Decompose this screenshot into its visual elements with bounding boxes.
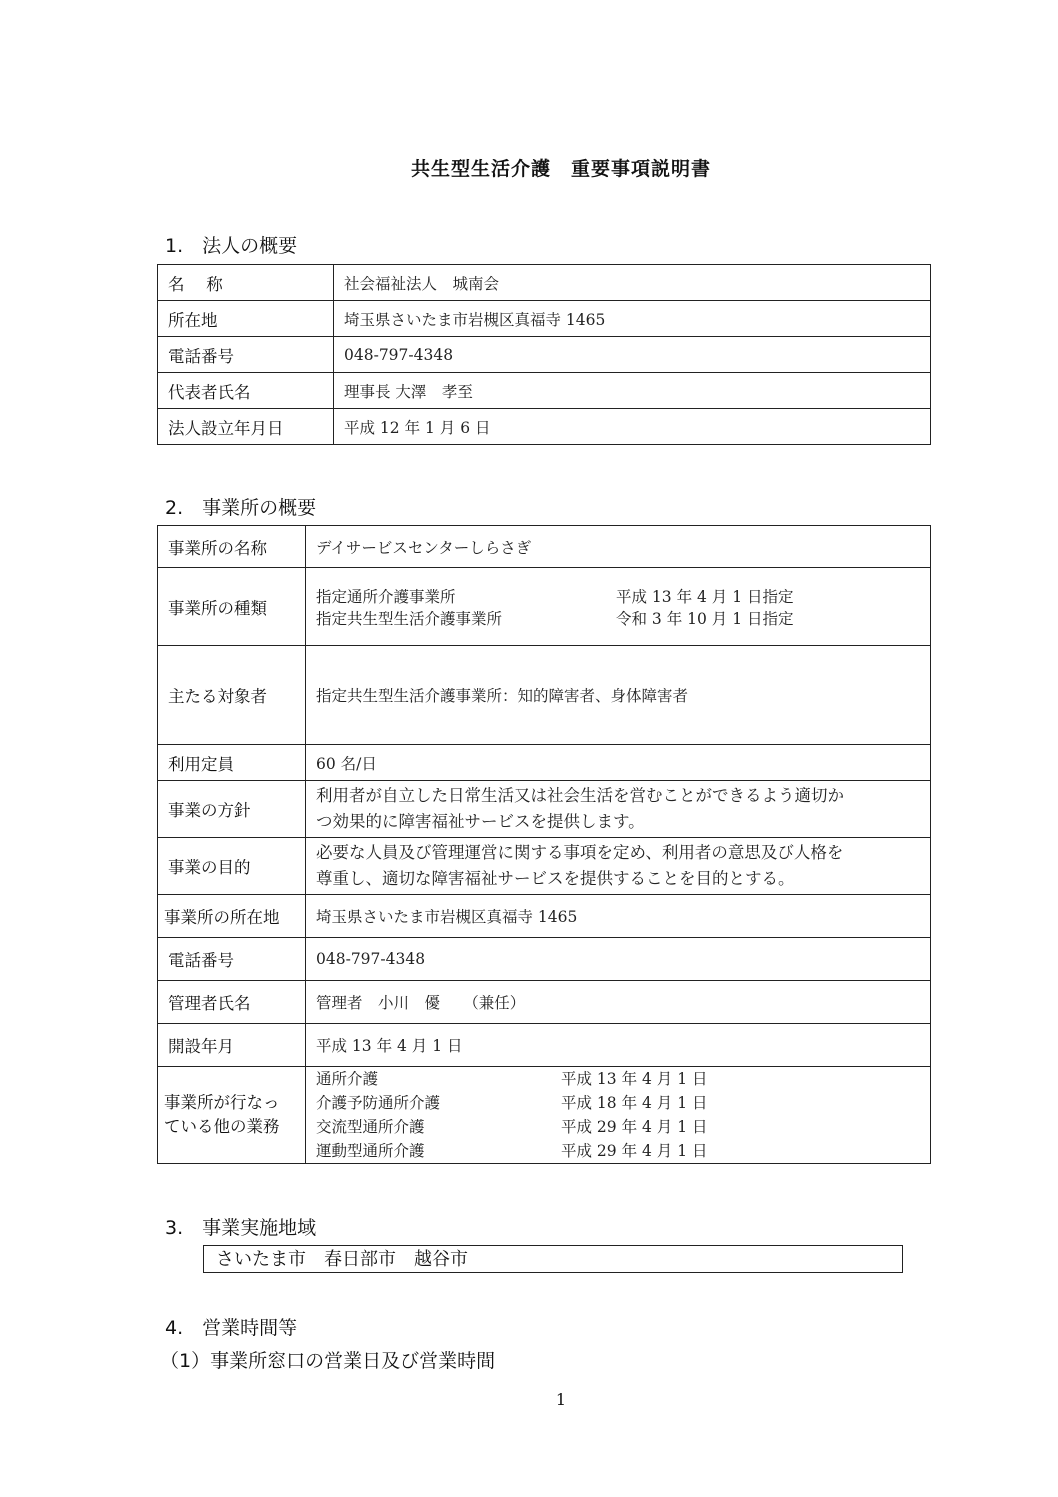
office-address-value: 埼玉県さいたま市岩槻区真福寺 1465 xyxy=(306,895,931,938)
target-value: 指定共生型生活介護事業所：知的障害者、身体障害者 xyxy=(306,646,931,745)
corp-name-value: 社会福祉法人 城南会 xyxy=(334,265,931,301)
office-phone-value: 048-797-4348 xyxy=(306,938,931,981)
service-area-box: さいたま市 春日部市 越谷市 xyxy=(203,1245,903,1273)
business-date: 平成 18 年 4 月 1 日 xyxy=(561,1091,708,1115)
business-date: 平成 29 年 4 月 1 日 xyxy=(561,1115,708,1139)
corp-founded-value: 平成 12 年 1 月 6 日 xyxy=(334,409,931,445)
section1-heading: 1. 法人の概要 xyxy=(165,231,297,258)
capacity-value: 60 名/日 xyxy=(306,745,931,781)
opened-label: 開設年月 xyxy=(158,1024,306,1067)
corp-phone-value: 048-797-4348 xyxy=(334,337,931,373)
corp-rep-value: 理事長 大澤 孝至 xyxy=(334,373,931,409)
document-title: 共生型生活介護 重要事項説明書 xyxy=(0,154,1058,181)
office-table: 事業所の名称デイサービスセンターしらさぎ 事業所の種類 指定通所介護事業所平成 … xyxy=(157,525,931,1164)
office-type-label: 事業所の種類 xyxy=(158,568,306,646)
business-name: 交流型通所介護 xyxy=(316,1115,561,1139)
purpose-label: 事業の目的 xyxy=(158,838,306,895)
type-date: 平成 13 年 4 月 1 日指定 xyxy=(616,585,794,607)
policy-value: 利用者が自立した日常生活又は社会生活を営むことができるよう適切かつ効果的に障害福… xyxy=(306,781,931,838)
section4-sub1: （1）事業所窓口の営業日及び営業時間 xyxy=(160,1346,495,1373)
corp-rep-label: 代表者氏名 xyxy=(158,373,334,409)
purpose-value: 必要な人員及び管理運営に関する事項を定め、利用者の意思及び人格を尊重し、適切な障… xyxy=(306,838,931,895)
business-date: 平成 29 年 4 月 1 日 xyxy=(561,1139,708,1163)
office-phone-label: 電話番号 xyxy=(158,938,306,981)
type-date: 令和 3 年 10 月 1 日指定 xyxy=(616,607,794,629)
other-business-value: 通所介護平成 13 年 4 月 1 日 介護予防通所介護平成 18 年 4 月 … xyxy=(306,1067,931,1164)
business-date: 平成 13 年 4 月 1 日 xyxy=(561,1067,708,1091)
office-type-value: 指定通所介護事業所平成 13 年 4 月 1 日指定 指定共生型生活介護事業所令… xyxy=(306,568,931,646)
business-name: 運動型通所介護 xyxy=(316,1139,561,1163)
target-label: 主たる対象者 xyxy=(158,646,306,745)
type-name: 指定共生型生活介護事業所 xyxy=(316,607,616,629)
office-name-value: デイサービスセンターしらさぎ xyxy=(306,526,931,568)
manager-label: 管理者氏名 xyxy=(158,981,306,1024)
business-name: 通所介護 xyxy=(316,1067,561,1091)
policy-label: 事業の方針 xyxy=(158,781,306,838)
corp-address-value: 埼玉県さいたま市岩槻区真福寺 1465 xyxy=(334,301,931,337)
section2-heading: 2. 事業所の概要 xyxy=(165,493,316,520)
capacity-label: 利用定員 xyxy=(158,745,306,781)
corp-founded-label: 法人設立年月日 xyxy=(158,409,334,445)
page-number: 1 xyxy=(0,1390,1058,1409)
corp-phone-label: 電話番号 xyxy=(158,337,334,373)
business-name: 介護予防通所介護 xyxy=(316,1091,561,1115)
corporation-table: 名 称社会福祉法人 城南会 所在地埼玉県さいたま市岩槻区真福寺 1465 電話番… xyxy=(157,264,931,445)
other-business-label: 事業所が行なっている他の業務 xyxy=(158,1067,306,1164)
section3-heading: 3. 事業実施地域 xyxy=(165,1213,316,1240)
office-name-label: 事業所の名称 xyxy=(158,526,306,568)
section4-heading: 4. 営業時間等 xyxy=(165,1313,297,1340)
office-address-label: 事業所の所在地 xyxy=(158,895,306,938)
manager-value: 管理者 小川 優 （兼任） xyxy=(306,981,931,1024)
corp-name-label: 名 称 xyxy=(158,265,334,301)
corp-address-label: 所在地 xyxy=(158,301,334,337)
opened-value: 平成 13 年 4 月 1 日 xyxy=(306,1024,931,1067)
type-name: 指定通所介護事業所 xyxy=(316,585,616,607)
